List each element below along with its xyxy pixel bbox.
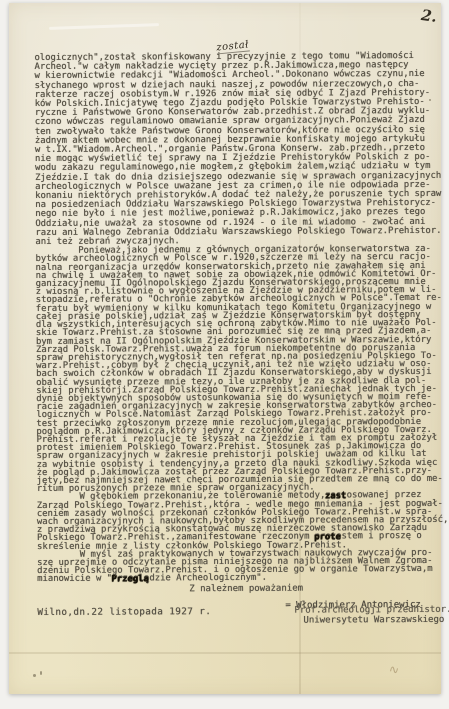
ink-overlay-zast: zast — [325, 491, 346, 501]
ink-overlay-prote: prote — [314, 532, 341, 542]
letter-body: ologicznych",został skonfiskowany i prec… — [34, 52, 445, 584]
ink-overlay-przeglad: Przeglą — [111, 574, 148, 584]
letter-content: 2. został ologicznych",został skonfiskow… — [0, 0, 449, 709]
place-date-line: Wilno,dn.22 listopada 1927 r. — [37, 606, 211, 618]
letter-paragraph-3: W głębokiem przekonaniu,że tolerowanie m… — [37, 491, 445, 551]
scanned-letter-page: 2. został ologicznych",został skonfiskow… — [0, 0, 449, 709]
closing-salutation: Z należnem poważaniem — [189, 584, 303, 595]
pencil-scribble: ∿ — [386, 662, 400, 679]
signature-affiliation: Uniwersytetu Warszawskiego — [303, 615, 444, 626]
letter-paragraph-2: Ponieważ,jako jednemu z głównych organiz… — [35, 245, 444, 493]
handwritten-page-number: 2. — [420, 6, 438, 26]
letter-paragraph-1: ologicznych",został skonfiskowany i prec… — [34, 52, 443, 247]
letter-paragraph-4: W myśl zaś praktykowanych w towarzystwac… — [37, 549, 445, 584]
